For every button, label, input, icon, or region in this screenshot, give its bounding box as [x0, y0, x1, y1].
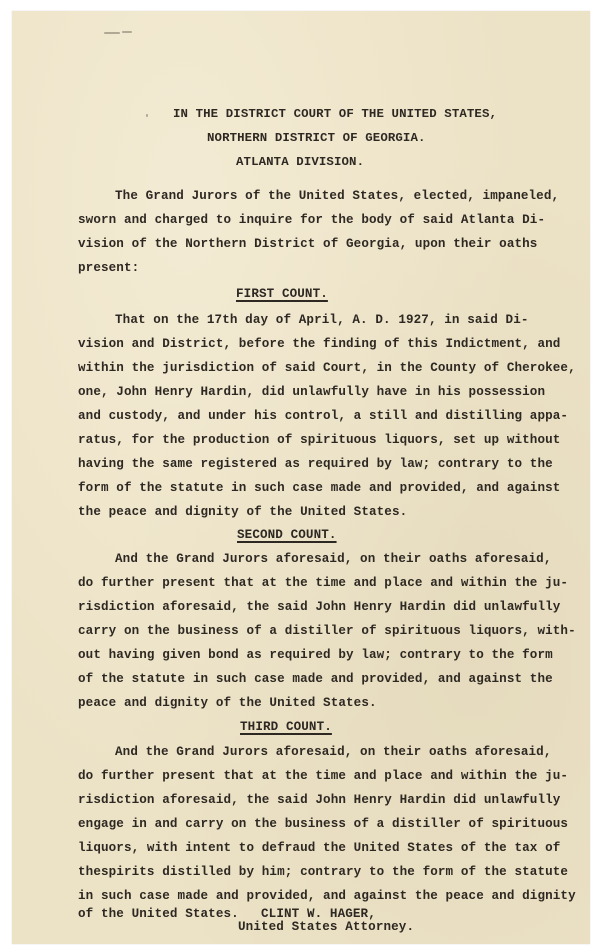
third-count-line: risdiction aforesaid, the said John Henr…	[78, 793, 560, 807]
second-count-line: risdiction aforesaid, the said John Henr…	[78, 600, 560, 614]
second-count-line: out having given bond as required by law…	[78, 648, 553, 662]
third-count-line: engage in and carry on the business of a…	[78, 817, 568, 831]
third-count-line: in such case made and provided, and agai…	[78, 889, 576, 903]
second-count-line: And the Grand Jurors aforesaid, on their…	[115, 552, 551, 566]
signature-name: CLINT W. HAGER,	[261, 907, 376, 921]
first-count-line: having the same registered as required b…	[78, 457, 553, 471]
first-count-heading: FIRST COUNT.	[236, 287, 328, 301]
caption-division: ATLANTA DIVISION.	[236, 155, 364, 169]
first-count-line: and custody, and under his control, a st…	[78, 409, 568, 423]
third-count-line: do further present that at the time and …	[78, 769, 568, 783]
ink-smudge	[104, 32, 120, 34]
third-count-line: And the Grand Jurors aforesaid, on their…	[115, 745, 551, 759]
third-count-line: liquors, with intent to defraud the Unit…	[78, 841, 560, 855]
ink-smudge	[122, 31, 132, 33]
signature-title: United States Attorney.	[238, 920, 414, 934]
second-count-heading: SECOND COUNT.	[237, 528, 337, 542]
second-count-line: peace and dignity of the United States.	[78, 696, 377, 710]
preamble-line: sworn and charged to inquire for the bod…	[78, 213, 545, 227]
first-count-line: within the jurisdiction of said Court, i…	[78, 361, 576, 375]
third-count-line: of the United States.	[78, 907, 239, 921]
preamble-line: The Grand Jurors of the United States, e…	[115, 189, 559, 203]
second-count-line: carry on the business of a distiller of …	[78, 624, 576, 638]
first-count-line: That on the 17th day of April, A. D. 192…	[115, 313, 529, 327]
first-count-line: one, John Henry Hardin, did unlawfully h…	[78, 385, 545, 399]
first-count-line: the peace and dignity of the United Stat…	[78, 505, 407, 519]
first-count-line: form of the statute in such case made an…	[78, 481, 560, 495]
preamble-line: vision of the Northern District of Georg…	[78, 237, 537, 251]
preamble-line: present:	[78, 261, 139, 275]
second-count-line: do further present that at the time and …	[78, 576, 568, 590]
ink-smudge	[146, 114, 148, 117]
third-count-line: thespirits distilled by him; contrary to…	[78, 865, 568, 879]
caption-court: IN THE DISTRICT COURT OF THE UNITED STAT…	[173, 107, 497, 121]
second-count-line: of the statute in such case made and pro…	[78, 672, 553, 686]
caption-district: NORTHERN DISTRICT OF GEORGIA.	[207, 131, 426, 145]
first-count-line: vision and District, before the finding …	[78, 337, 560, 351]
first-count-line: ratus, for the production of spirituous …	[78, 433, 560, 447]
third-count-heading: THIRD COUNT.	[240, 720, 332, 734]
